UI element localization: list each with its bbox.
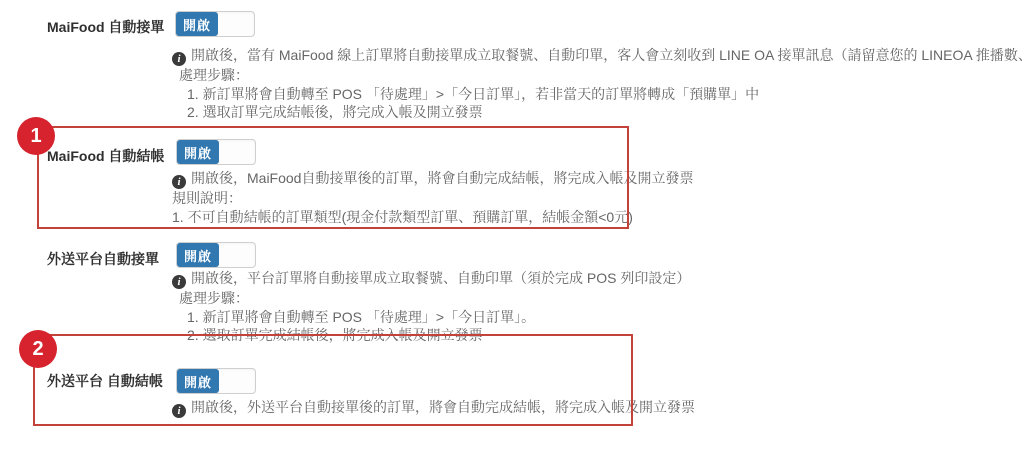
toggle-on-segment[interactable]: 開啟 (177, 369, 219, 393)
description-line: 2. 選取訂單完成結帳後，將完成入帳及開立發票 (187, 326, 690, 345)
toggle-on-segment[interactable]: 開啟 (177, 243, 219, 267)
description-line: 規則說明： (172, 189, 693, 208)
description-line: 處理步驟： (179, 66, 1024, 85)
toggle-delivery-auto-checkout[interactable]: 開啟 (176, 368, 256, 394)
description-line: 處理步驟： (179, 289, 690, 308)
info-icon: i (172, 52, 186, 66)
setting-label-maifood-auto-checkout: MaiFood 自動結帳 (47, 146, 164, 166)
toggle-maifood-auto-checkout[interactable]: 開啟 (176, 139, 256, 165)
description-maifood-auto-accept: i開啟後，當有 MaiFood 線上訂單將自動接單成立取餐號、自動印單，客人會立… (172, 46, 1024, 122)
toggle-off-segment[interactable] (218, 12, 254, 36)
description-line: 開啟後，當有 MaiFood 線上訂單將自動接單成立取餐號、自動印單，客人會立刻… (191, 47, 1024, 63)
auto-order-settings-panel: MaiFood 自動接單 開啟 i開啟後，當有 MaiFood 線上訂單將自動接… (0, 0, 1024, 465)
toggle-off-segment[interactable] (219, 369, 255, 393)
description-line: 開啟後，MaiFood自動接單後的訂單，將會自動完成結帳，將完成入帳及開立發票 (191, 170, 693, 186)
annotation-step-badge-2: 2 (19, 330, 57, 368)
toggle-off-segment[interactable] (219, 140, 255, 164)
info-icon: i (172, 404, 186, 418)
description-line: 1. 不可自動結帳的訂單類型(現金付款類型訂單、預購訂單，結帳金額<0元) (172, 208, 693, 227)
setting-label-delivery-auto-accept: 外送平台自動接單 (47, 249, 159, 269)
toggle-delivery-auto-accept[interactable]: 開啟 (176, 242, 256, 268)
description-delivery-auto-accept: i開啟後，平台訂單將自動接單成立取餐號、自動印單（須於完成 POS 列印設定） … (172, 269, 690, 345)
description-line: 2. 選取訂單完成結帳後，將完成入帳及開立發票 (187, 103, 1024, 122)
description-line: 開啟後，外送平台自動接單後的訂單，將會自動完成結帳，將完成入帳及開立發票 (191, 399, 695, 415)
info-icon: i (172, 175, 186, 189)
setting-label-maifood-auto-accept: MaiFood 自動接單 (47, 17, 164, 37)
annotation-step-badge-1: 1 (17, 117, 55, 155)
toggle-off-segment[interactable] (219, 243, 255, 267)
setting-label-delivery-auto-checkout: 外送平台 自動結帳 (47, 371, 163, 391)
description-line: 開啟後，平台訂單將自動接單成立取餐號、自動印單（須於完成 POS 列印設定） (191, 270, 690, 286)
info-icon: i (172, 275, 186, 289)
toggle-on-segment[interactable]: 開啟 (177, 140, 219, 164)
description-delivery-auto-checkout: i開啟後，外送平台自動接單後的訂單，將會自動完成結帳，將完成入帳及開立發票 (172, 398, 695, 418)
description-line: 1. 新訂單將會自動轉至 POS 「待處理」>「今日訂單」，若非當天的訂單將轉成… (187, 85, 1024, 104)
description-maifood-auto-checkout: i開啟後，MaiFood自動接單後的訂單，將會自動完成結帳，將完成入帳及開立發票… (172, 169, 693, 227)
description-line: 1. 新訂單將會自動轉至 POS 「待處理」>「今日訂單」。 (187, 308, 690, 327)
toggle-maifood-auto-accept[interactable]: 開啟 (175, 11, 255, 37)
toggle-on-segment[interactable]: 開啟 (176, 12, 218, 36)
